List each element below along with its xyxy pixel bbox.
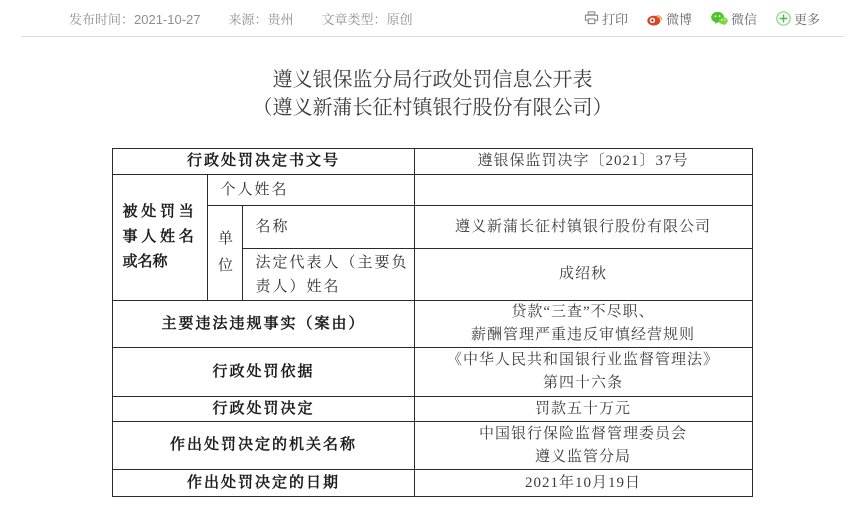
authority-label: 作出处罚决定的机关名称 [113, 422, 414, 470]
basis-value: 《中华人民共和国银行业监督管理法》 第四十六条 [414, 348, 752, 397]
weibo-icon [647, 11, 663, 26]
wechat-share-button[interactable]: 微信 [711, 9, 757, 28]
page-title-line1: 遵义银保监分局行政处罚信息公开表 [0, 66, 865, 94]
table-row: 行政处罚决定书文号 遵银保监罚决字〔2021〕37号 [113, 149, 752, 175]
unit-label: 单 位 [208, 206, 243, 301]
personal-name-value [414, 175, 752, 206]
wechat-label: 微信 [731, 9, 757, 28]
decision-value: 罚款五十万元 [414, 397, 752, 422]
weibo-share-button[interactable]: 微博 [647, 9, 692, 28]
table-row: 行政处罚决定 罚款五十万元 [113, 397, 752, 422]
source: 来源：贵州 [229, 9, 294, 28]
doc-number-label: 行政处罚决定书文号 [113, 149, 414, 175]
print-label: 打印 [602, 9, 628, 28]
weibo-label: 微博 [666, 9, 692, 28]
table-row: 被 处 罚 当 事 人 姓 名 或名称 个人姓名 [113, 175, 752, 206]
table-row: 行政处罚依据 《中华人民共和国银行业监督管理法》 第四十六条 [113, 348, 752, 397]
publish-time-value: 2021-10-27 [134, 12, 201, 27]
more-share-button[interactable]: 更多 [776, 9, 820, 28]
table-row: 作出处罚决定的日期 2021年10月19日 [113, 470, 752, 497]
table-row: 作出处罚决定的机关名称 中国银行保险监督管理委员会 遵义监管分局 [113, 422, 752, 470]
meta-bar: 发布时间：2021-10-27 来源：贵州 文章类型：原创 打印 [21, 0, 844, 37]
authority-value: 中国银行保险监督管理委员会 遵义监管分局 [414, 422, 752, 470]
facts-label: 主要违法违规事实（案由） [113, 301, 414, 348]
share-toolbar: 打印 微博 [565, 9, 820, 28]
article-type-label: 文章类型： [322, 12, 387, 27]
printer-icon [584, 11, 599, 25]
unit-name-value: 遵义新蒲长征村镇银行股份有限公司 [414, 206, 752, 249]
article-type: 文章类型：原创 [322, 9, 413, 28]
more-label: 更多 [794, 9, 820, 28]
facts-value: 贷款“三查”不尽职、 薪酬管理严重违反审慎经营规则 [414, 301, 752, 348]
doc-number-value: 遵银保监罚决字〔2021〕37号 [414, 149, 752, 175]
plus-circle-icon [776, 11, 791, 26]
table-row: 单 位 名称 遵义新蒲长征村镇银行股份有限公司 [113, 206, 752, 249]
publish-time: 发布时间：2021-10-27 [69, 9, 201, 28]
legal-rep-value: 成绍秋 [414, 249, 752, 301]
decision-label: 行政处罚决定 [113, 397, 414, 422]
penalty-info-table: 行政处罚决定书文号 遵银保监罚决字〔2021〕37号 被 处 罚 当 事 人 姓… [112, 148, 752, 497]
publish-time-label: 发布时间： [69, 12, 134, 27]
wechat-icon [711, 11, 728, 26]
date-value: 2021年10月19日 [414, 470, 752, 497]
unit-name-label: 名称 [243, 206, 414, 249]
basis-label: 行政处罚依据 [113, 348, 414, 397]
page-title: 遵义银保监分局行政处罚信息公开表 （遵义新蒲长征村镇银行股份有限公司） [0, 66, 865, 122]
article-type-value: 原创 [387, 12, 413, 27]
source-value: 贵州 [268, 12, 294, 27]
party-name-label: 被 处 罚 当 事 人 姓 名 或名称 [113, 175, 208, 301]
article-meta: 发布时间：2021-10-27 来源：贵州 文章类型：原创 [69, 9, 441, 28]
print-button[interactable]: 打印 [584, 9, 628, 28]
table-row: 主要违法违规事实（案由） 贷款“三查”不尽职、 薪酬管理严重违反审慎经营规则 [113, 301, 752, 348]
page-title-line2: （遵义新蒲长征村镇银行股份有限公司） [0, 94, 865, 122]
source-label: 来源： [229, 12, 268, 27]
date-label: 作出处罚决定的日期 [113, 470, 414, 497]
personal-name-label: 个人姓名 [208, 175, 414, 206]
legal-rep-label: 法定代表人（主要负责人）姓名 [243, 249, 414, 301]
